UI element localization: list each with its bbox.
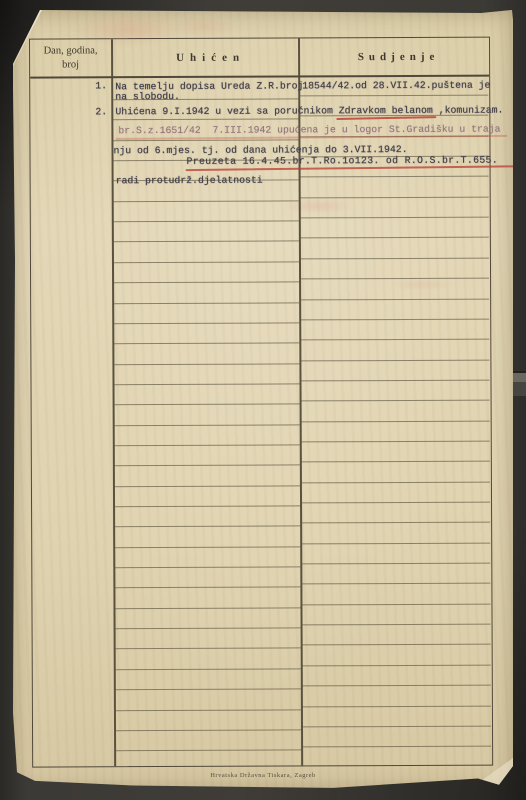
- ruled-line: [114, 587, 300, 589]
- ruled-line: [115, 668, 301, 670]
- ruled-line: [301, 563, 490, 565]
- ruled-line: [301, 603, 490, 605]
- ruled-line: [301, 583, 490, 585]
- ruled-line: [301, 522, 490, 524]
- ruled-line: [300, 339, 489, 341]
- ruled-line: [300, 359, 489, 361]
- ruled-line: [301, 420, 490, 422]
- ruled-line: [115, 648, 301, 650]
- entry-number: 2.: [95, 106, 107, 117]
- ruled-line: [113, 343, 299, 345]
- ruled-line: [114, 485, 300, 487]
- ruled-line: [114, 424, 300, 426]
- ruled-line: [112, 119, 298, 121]
- ruled-line: [113, 302, 299, 304]
- ruled-line: [300, 237, 489, 239]
- ruled-line: [113, 322, 299, 324]
- pink-stain: [169, 16, 239, 38]
- ruled-line: [302, 624, 491, 626]
- ruled-line: [300, 196, 489, 198]
- printer-imprint: Hrvatska Državna Tiskara, Zagreb: [13, 772, 513, 779]
- typed-line: na slobodu.: [115, 91, 180, 102]
- ruled-line: [113, 221, 299, 223]
- ruled-line: [300, 257, 489, 259]
- ruled-line: [300, 298, 489, 300]
- ruled-line: [301, 441, 490, 443]
- header-date-line1: Dan, godina,: [44, 45, 98, 58]
- ruled-line: [113, 363, 299, 365]
- ruled-line: [113, 241, 299, 243]
- ruled-line: [114, 404, 300, 406]
- typed-line: 18544/42.od 28.VII.42.puštena je: [302, 80, 490, 92]
- ruled-line: [115, 709, 301, 711]
- typed-line: br.S.z.1651/42 7.III.1942 upućena je u l…: [118, 124, 500, 137]
- ruled-line: [115, 750, 301, 752]
- record-table: Dan, godina, broj Uhićen Sudjenje 1. Na …: [29, 37, 493, 768]
- ruled-line: [114, 505, 300, 507]
- ruled-line: [301, 481, 490, 483]
- ruled-line: [115, 729, 301, 731]
- ruled-line: [299, 95, 488, 97]
- typed-line: Uhićena 9.I.1942 u vezi sa poručnikom Zd…: [115, 105, 503, 118]
- entry-number: 1.: [95, 80, 107, 91]
- archive-scan-background: Dan, godina, broj Uhićen Sudjenje 1. Na …: [0, 0, 526, 800]
- ruled-line: [301, 461, 490, 463]
- ruled-line: [113, 282, 299, 284]
- ruled-line: [114, 465, 300, 467]
- typed-segment: Uhićena 9.I.1942 u vezi sa poručnikom: [115, 105, 338, 117]
- ruled-line: [114, 607, 300, 609]
- ruled-line: [114, 546, 300, 548]
- ruled-line: [302, 644, 491, 646]
- ruled-line: [300, 318, 489, 320]
- ruled-line: [115, 689, 301, 691]
- ruled-line: [302, 746, 491, 748]
- ruled-line: [113, 261, 299, 263]
- ruled-line: [301, 400, 490, 402]
- ruled-line: [114, 566, 300, 568]
- red-underlined-name: Zdravkom belanom: [339, 105, 433, 116]
- ruled-line: [302, 705, 491, 707]
- header-date-line2: broj: [62, 58, 79, 71]
- ruled-line: [302, 664, 491, 666]
- typed-segment: ,komunizam.: [433, 105, 504, 116]
- ruled-line: [114, 526, 300, 528]
- header-trial-column: Sudjenje: [298, 38, 494, 76]
- ruled-line: [302, 685, 491, 687]
- ruled-line: [114, 444, 300, 446]
- ruled-line: [301, 542, 490, 544]
- ruled-line: [300, 278, 489, 280]
- ruled-line: [300, 379, 489, 381]
- document-paper: Dan, godina, broj Uhićen Sudjenje 1. Na …: [13, 10, 513, 791]
- ruled-line: [115, 628, 301, 630]
- typed-line: radi protudrž.djelatnosti: [116, 175, 263, 187]
- ruled-line: [300, 176, 489, 178]
- ruled-line: [302, 725, 491, 727]
- header-arrested-column: Uhićen: [111, 38, 304, 76]
- ruled-line: [113, 200, 299, 202]
- ruled-line: [112, 139, 298, 141]
- ruled-line: [300, 217, 489, 219]
- header-date-column: Dan, godina, broj: [30, 39, 111, 76]
- ruled-line: [114, 383, 300, 385]
- ruled-line: [301, 502, 490, 504]
